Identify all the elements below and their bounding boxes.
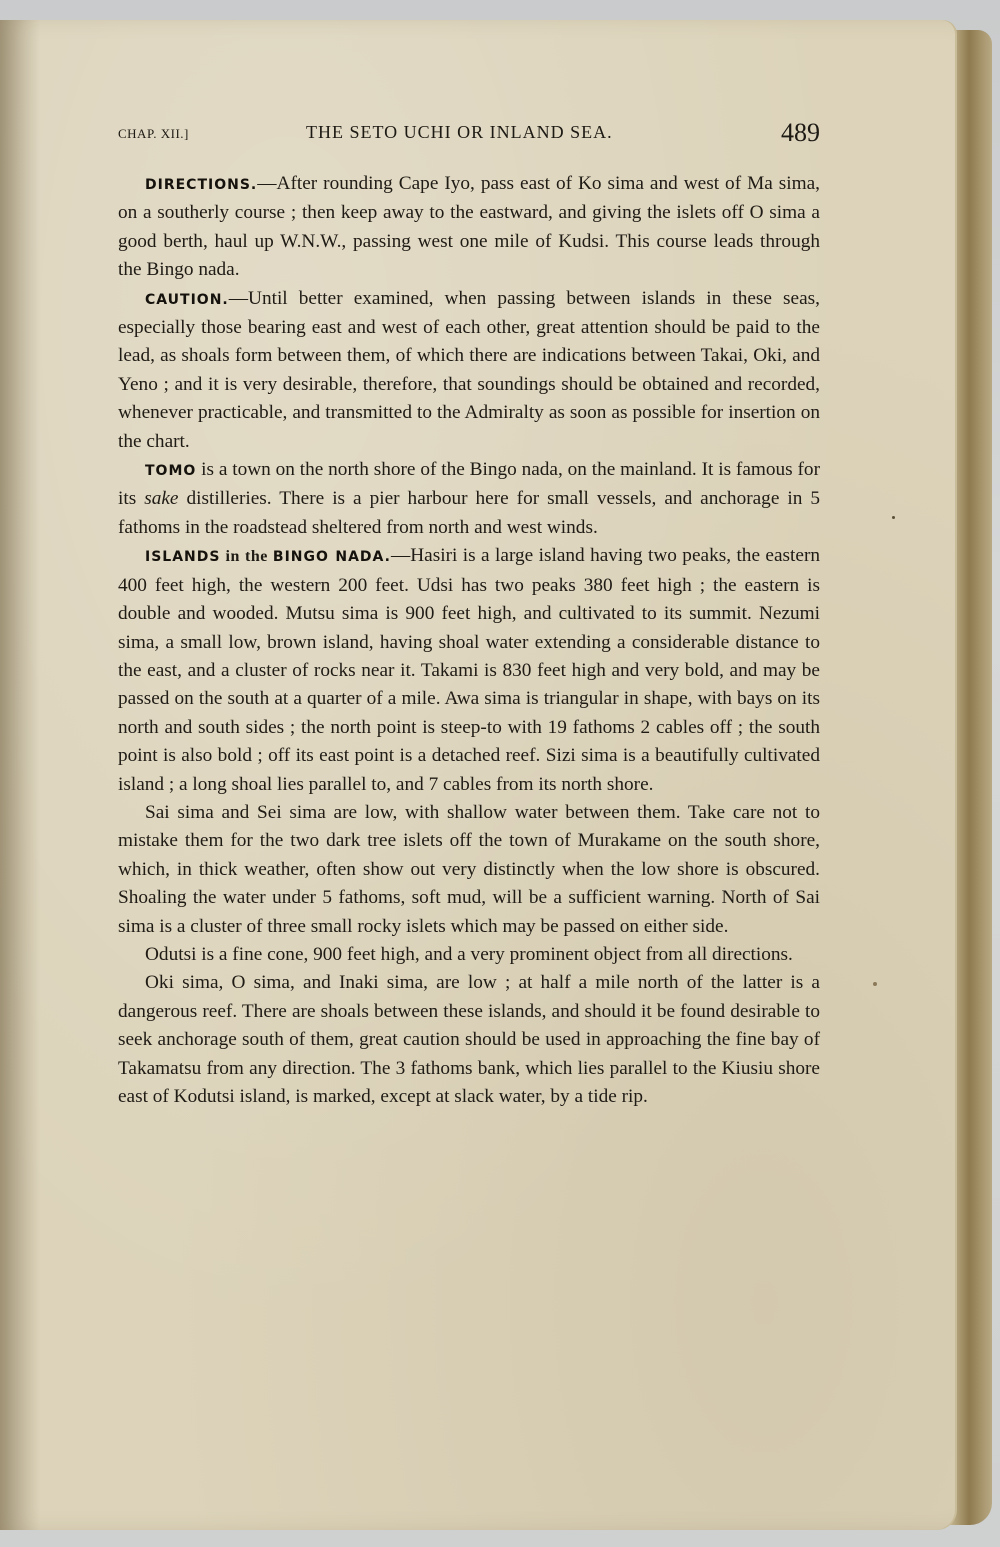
paragraph-oki-sima: Oki sima, O sima, and Inaki sima, are lo… bbox=[118, 969, 820, 1111]
paragraph-text: —Until better examined, when passing bet… bbox=[118, 288, 820, 452]
body-text: DIRECTIONS.—After rounding Cape Iyo, pas… bbox=[118, 170, 820, 1111]
page-title: THE SETO UCHI OR INLAND SEA. bbox=[306, 122, 613, 143]
paper-speck bbox=[892, 516, 895, 519]
chapter-label: CHAP. XII.] bbox=[118, 126, 189, 142]
section-heading: TOMO bbox=[145, 463, 196, 479]
paragraph-text: —Hasiri is a large island having two pea… bbox=[118, 545, 820, 794]
paragraph-islands: ISLANDS in the BINGO NADA.—Hasiri is a l… bbox=[118, 542, 820, 799]
paragraph-text: Odutsi is a fine cone, 900 feet high, an… bbox=[145, 944, 793, 965]
paper-speck bbox=[873, 982, 877, 986]
paragraph-directions: DIRECTIONS.—After rounding Cape Iyo, pas… bbox=[118, 170, 820, 285]
paragraph-text: distilleries. There is a pier harbour he… bbox=[118, 488, 820, 537]
paragraph-sai-sima: Sai sima and Sei sima are low, with shal… bbox=[118, 799, 820, 941]
paragraph-caution: CAUTION.—Until better examined, when pas… bbox=[118, 285, 820, 456]
section-heading: DIRECTIONS. bbox=[145, 177, 257, 193]
italic-term: sake bbox=[144, 488, 178, 509]
paragraph-tomo: TOMO is a town on the north shore of the… bbox=[118, 456, 820, 542]
section-heading: BINGO NADA. bbox=[273, 549, 391, 565]
paragraph-odutsi: Odutsi is a fine cone, 900 feet high, an… bbox=[118, 941, 820, 969]
gutter-shadow bbox=[0, 20, 40, 1530]
paragraph-text: Oki sima, O sima, and Inaki sima, are lo… bbox=[118, 972, 820, 1107]
section-heading: ISLANDS bbox=[145, 549, 220, 565]
section-heading: CAUTION. bbox=[145, 292, 229, 308]
section-heading-connector: in the bbox=[220, 548, 272, 565]
paragraph-text: Sai sima and Sei sima are low, with shal… bbox=[118, 802, 820, 937]
page-number: 489 bbox=[781, 118, 820, 148]
running-head: CHAP. XII.] THE SETO UCHI OR INLAND SEA.… bbox=[118, 118, 820, 148]
